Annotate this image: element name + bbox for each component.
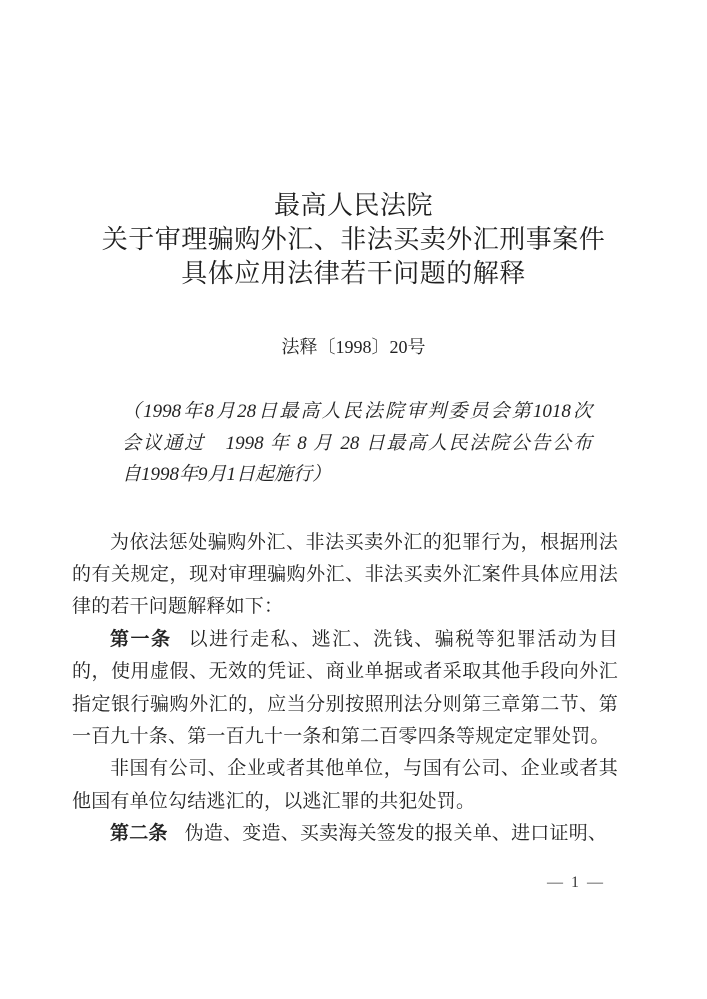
document-title: 最高人民法院 关于审理骗购外汇、非法买卖外汇刑事案件 具体应用法律若干问题的解释 <box>0 0 707 291</box>
title-line-2: 关于审理骗购外汇、非法买卖外汇刑事案件 <box>0 223 707 257</box>
paragraph-text: 伪造、变造、买卖海关签发的报关单、进口证明、 <box>185 823 607 844</box>
preamble-line-3: 自1998年9月1日起施行） <box>122 459 592 491</box>
document-content: （1998年8月28日最高人民法院审判委员会第1018次 会议通过 1998 年… <box>0 396 618 851</box>
paragraph-text: 为依法惩处骗购外汇、非法买卖外汇的犯罪行为，根据刑法的有关规定，现对审理骗购外汇… <box>72 532 618 618</box>
preamble-line-1: （1998年8月28日最高人民法院审判委员会第1018次 <box>122 396 592 428</box>
article-label: 第一条 <box>110 629 172 650</box>
document-page: 最高人民法院 关于审理骗购外汇、非法买卖外汇刑事案件 具体应用法律若干问题的解释… <box>0 0 707 999</box>
preamble: （1998年8月28日最高人民法院审判委员会第1018次 会议通过 1998 年… <box>122 396 592 491</box>
preamble-line-2: 会议通过 1998 年 8 月 28 日最高人民法院公告公布 <box>122 428 592 460</box>
article-label: 第二条 <box>110 823 168 844</box>
paragraph: 非国有公司、企业或者其他单位，与国有公司、企业或者其他国有单位勾结逃汇的，以逃汇… <box>72 753 618 818</box>
paragraph: 为依法惩处骗购外汇、非法买卖外汇的犯罪行为，根据刑法的有关规定，现对审理骗购外汇… <box>72 527 618 624</box>
page-number: — 1 — <box>547 872 605 894</box>
title-line-1: 最高人民法院 <box>0 189 707 223</box>
title-line-3: 具体应用法律若干问题的解释 <box>0 257 707 291</box>
body-text: 为依法惩处骗购外汇、非法买卖外汇的犯罪行为，根据刑法的有关规定，现对审理骗购外汇… <box>72 527 618 851</box>
paragraph: 第一条以进行走私、逃汇、洗钱、骗税等犯罪活动为目的，使用虚假、无效的凭证、商业单… <box>72 624 618 754</box>
paragraph: 第二条伪造、变造、买卖海关签发的报关单、进口证明、 <box>72 818 618 850</box>
doc-number: 法释〔1998〕20号 <box>0 335 707 359</box>
paragraph-text: 非国有公司、企业或者其他单位，与国有公司、企业或者其他国有单位勾结逃汇的，以逃汇… <box>72 758 618 811</box>
